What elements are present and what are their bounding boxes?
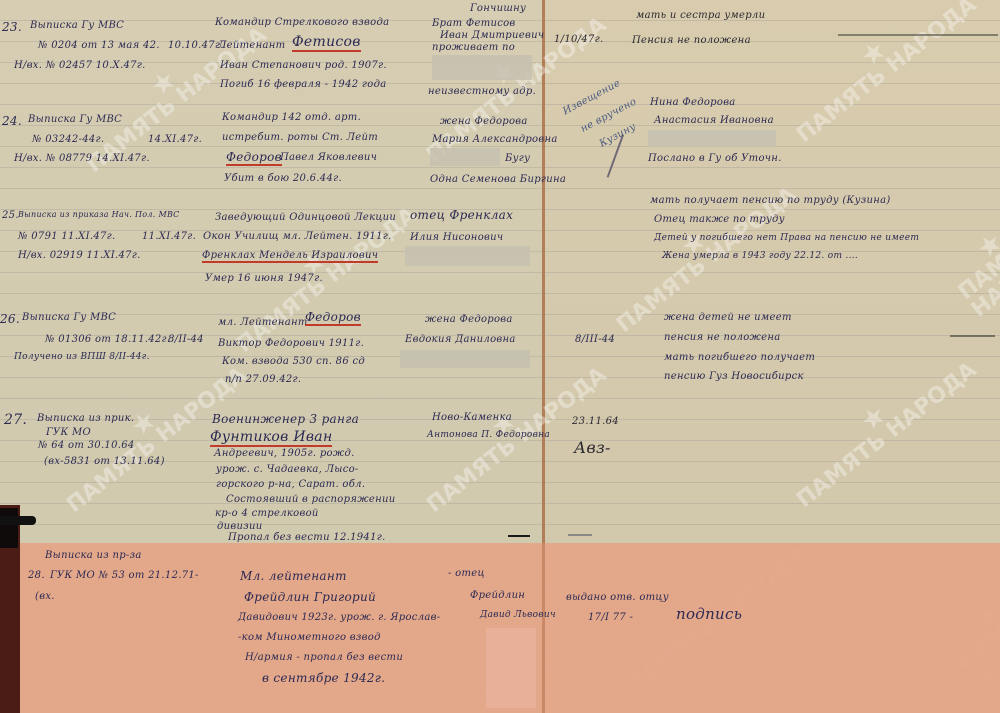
relative-line: отец Френклах [410, 208, 513, 222]
soldier-line: п/п 27.09.42г. [225, 374, 301, 385]
entry-source-line: Н/вх. № 08779 14.XI.47г. [14, 153, 150, 164]
entry-source-line: Выписка из пр-за [45, 550, 142, 561]
entry-number: 27. [4, 412, 27, 428]
right-note: Послано в Гу об Уточн. [648, 153, 782, 164]
right-note: пенсия не положена [664, 332, 781, 343]
entry-number: 28. [28, 570, 45, 581]
soldier-line: мл. Лейтенант [218, 317, 308, 328]
right-note: Жена умерла в 1943 году 22.12. от .... [662, 251, 858, 261]
relative-line: неизвестному адр. [428, 86, 536, 97]
right-date: 8/III-44 [575, 334, 615, 345]
right-note: мать получает пенсию по труду (Кузина) [650, 195, 891, 206]
right-note: мать погибшего получает [664, 352, 815, 363]
soldier-surname: Федоров [226, 150, 282, 166]
soldier-line: Состоявший в распоряжении [226, 494, 395, 505]
entry-number: 25. [2, 210, 19, 221]
closing-dash [950, 335, 995, 337]
relative-line: Иван Дмитриевич [440, 30, 544, 41]
entry-source-line: № 0204 от 13 мая 42. [38, 40, 160, 51]
soldier-line: Военинженер 3 ранга [212, 412, 359, 426]
right-note: Детей у погибшего нет Права на пенсию не… [654, 233, 919, 243]
soldier-line: урож. с. Чадаевка, Лысо- [216, 464, 359, 475]
relative-line: Илия Нисонович [410, 232, 503, 243]
entry-source-line: № 03242-44г. [32, 134, 104, 145]
relative-line: жена Федорова [425, 314, 513, 325]
soldier-line: Ком. взвода 530 сп. 86 сд [222, 356, 365, 367]
soldier-line: в сентябре 1942г. [262, 671, 385, 685]
relative-line: Брат Фетисов [432, 18, 516, 29]
relative-line: Антонова П. Федоровна [427, 430, 550, 440]
entry-number: 23. [2, 20, 22, 34]
closing-dash [508, 535, 530, 537]
entry-source-line: Выписка из прик. [37, 413, 134, 424]
right-note: 17/I 77 - [588, 612, 633, 623]
right-note: мать и сестра умерли [636, 10, 765, 21]
soldier-surname: Френклах Мендель Израилович [202, 250, 378, 263]
redacted-block [432, 55, 532, 80]
official-signature: подпись [676, 605, 742, 623]
entry-source-line: Н/вх. 02919 11.XI.47г. [18, 250, 141, 261]
entry-date: 10.10.47г. [168, 40, 224, 51]
entry-source-line: Получено из ВПШ 8/II-44г. [14, 352, 150, 362]
relative-line: жена Федорова [440, 116, 528, 127]
relative-line: проживает по [432, 42, 515, 53]
soldier-line: Командир Стрелкового взвода [215, 17, 389, 28]
entry-source-line: Выписка из приказа Нач. Пол. МВС [18, 210, 180, 219]
entry-source-line: Выписка Гу МВС [22, 312, 116, 323]
entry-source-line: Выписка Гу МВС [30, 20, 124, 31]
relative-line: Одна Семенова Биргина [430, 174, 566, 185]
soldier-surname: Фрейдлин Григорий [244, 590, 376, 604]
soldier-line: истребит. роты Ст. Лейт [222, 132, 378, 143]
right-note: выдано отв. отцу [566, 592, 669, 603]
redacted-block [486, 628, 536, 708]
relative-line: Давид Львович [480, 610, 556, 620]
entry-source-line: № 64 от 30.10.64 [38, 440, 135, 451]
relative-line: Евдокия Даниловна [405, 334, 516, 345]
right-note: жена детей не имеет [664, 312, 792, 323]
soldier-line: Командир 142 отд. арт. [222, 112, 361, 123]
redacted-block [648, 130, 776, 147]
entry-number: 24. [2, 114, 22, 128]
redacted-block [430, 148, 500, 166]
right-signature: Авз- [574, 438, 611, 457]
soldier-line: Заведующий Одинцовой Лекции [215, 212, 396, 223]
relative-line: - отец [448, 568, 485, 579]
soldier-rank: Лейтенант [218, 40, 285, 51]
soldier-surname: Федоров [305, 310, 361, 326]
entry-number: 26. [0, 312, 20, 326]
right-note: Отец также по труду [654, 214, 785, 225]
soldier-line: Виктор Федорович 1911г. [218, 338, 364, 349]
relative-line: Мария Александровна [432, 134, 558, 145]
entry-source-line: Н/вх. № 02457 10.X.47г. [14, 60, 146, 71]
entry-source-line: (вх-5831 от 13.11.64) [44, 456, 165, 467]
soldier-line: горского р-на, Сарат. обл. [216, 479, 365, 490]
right-note: Пенсия не положена [632, 35, 751, 46]
soldier-line: Погиб 16 февраля - 1942 года [220, 79, 386, 90]
entry-source-line: Выписка Гу МВС [28, 114, 122, 125]
soldier-line: Пропал без вести 12.1941г. [228, 532, 386, 543]
closing-dash [568, 534, 592, 536]
relative-line: Ново-Каменка [432, 412, 512, 423]
entry-source-line: № 01306 от 18.11.42г. [45, 334, 170, 345]
entry-source-line: № 0791 11.XI.47г. [18, 231, 115, 242]
soldier-line: Убит в бою 20.6.44г. [224, 173, 342, 184]
soldier-line: Павел Яковлевич [280, 152, 377, 163]
scan-dark-edge [0, 508, 18, 548]
right-date: 1/10/47г. [554, 34, 603, 45]
right-note: Нина Федорова [650, 97, 736, 108]
soldier-surname: Фунтиков Иван [210, 429, 332, 447]
soldier-line: Андреевич, 1905г. рожд. [214, 448, 355, 459]
entry-source-line: (вх. [35, 591, 55, 602]
soldier-line: Иван Степанович род. 1907г. [220, 60, 387, 71]
soldier-surname: Фетисов [292, 34, 361, 52]
relative-line: Гончишну [470, 3, 526, 14]
soldier-line: Давидович 1923г. урож. г. Ярослав- [238, 612, 440, 623]
relative-line: Бугу [505, 153, 530, 164]
relative-line: Фрейдлин [470, 590, 525, 601]
soldier-line: Мл. лейтенант [240, 569, 347, 583]
entry-date: 11.XI.47г. [142, 231, 196, 242]
entry-date: 14.XI.47г. [148, 134, 202, 145]
entry-source-line: ГУК МО [46, 427, 91, 438]
redacted-block [400, 350, 530, 368]
entry-source-line: ГУК МО № 53 от 21.12.71- [50, 570, 199, 581]
soldier-line: Окон Училищ мл. Лейтен. 1911г. [203, 231, 392, 242]
entry-date: 8/II-44 [168, 334, 204, 345]
soldier-line: -ком Минометного взвод [238, 632, 381, 643]
soldier-line: кр-о 4 стрелковой [215, 508, 319, 519]
soldier-line: Умер 16 июня 1947г. [205, 273, 323, 284]
soldier-line: Н/армия - пропал без вести [245, 652, 403, 663]
right-note: пенсию Гуз Новосибирск [664, 371, 804, 382]
soldier-line: дивизии [217, 521, 262, 532]
scan-dark-edge [0, 516, 36, 525]
page-gutter [542, 543, 545, 713]
redacted-block [405, 246, 530, 266]
right-note: Анастасия Ивановна [654, 115, 774, 126]
right-date: 23.11.64 [572, 416, 619, 427]
closing-dash [838, 34, 998, 36]
